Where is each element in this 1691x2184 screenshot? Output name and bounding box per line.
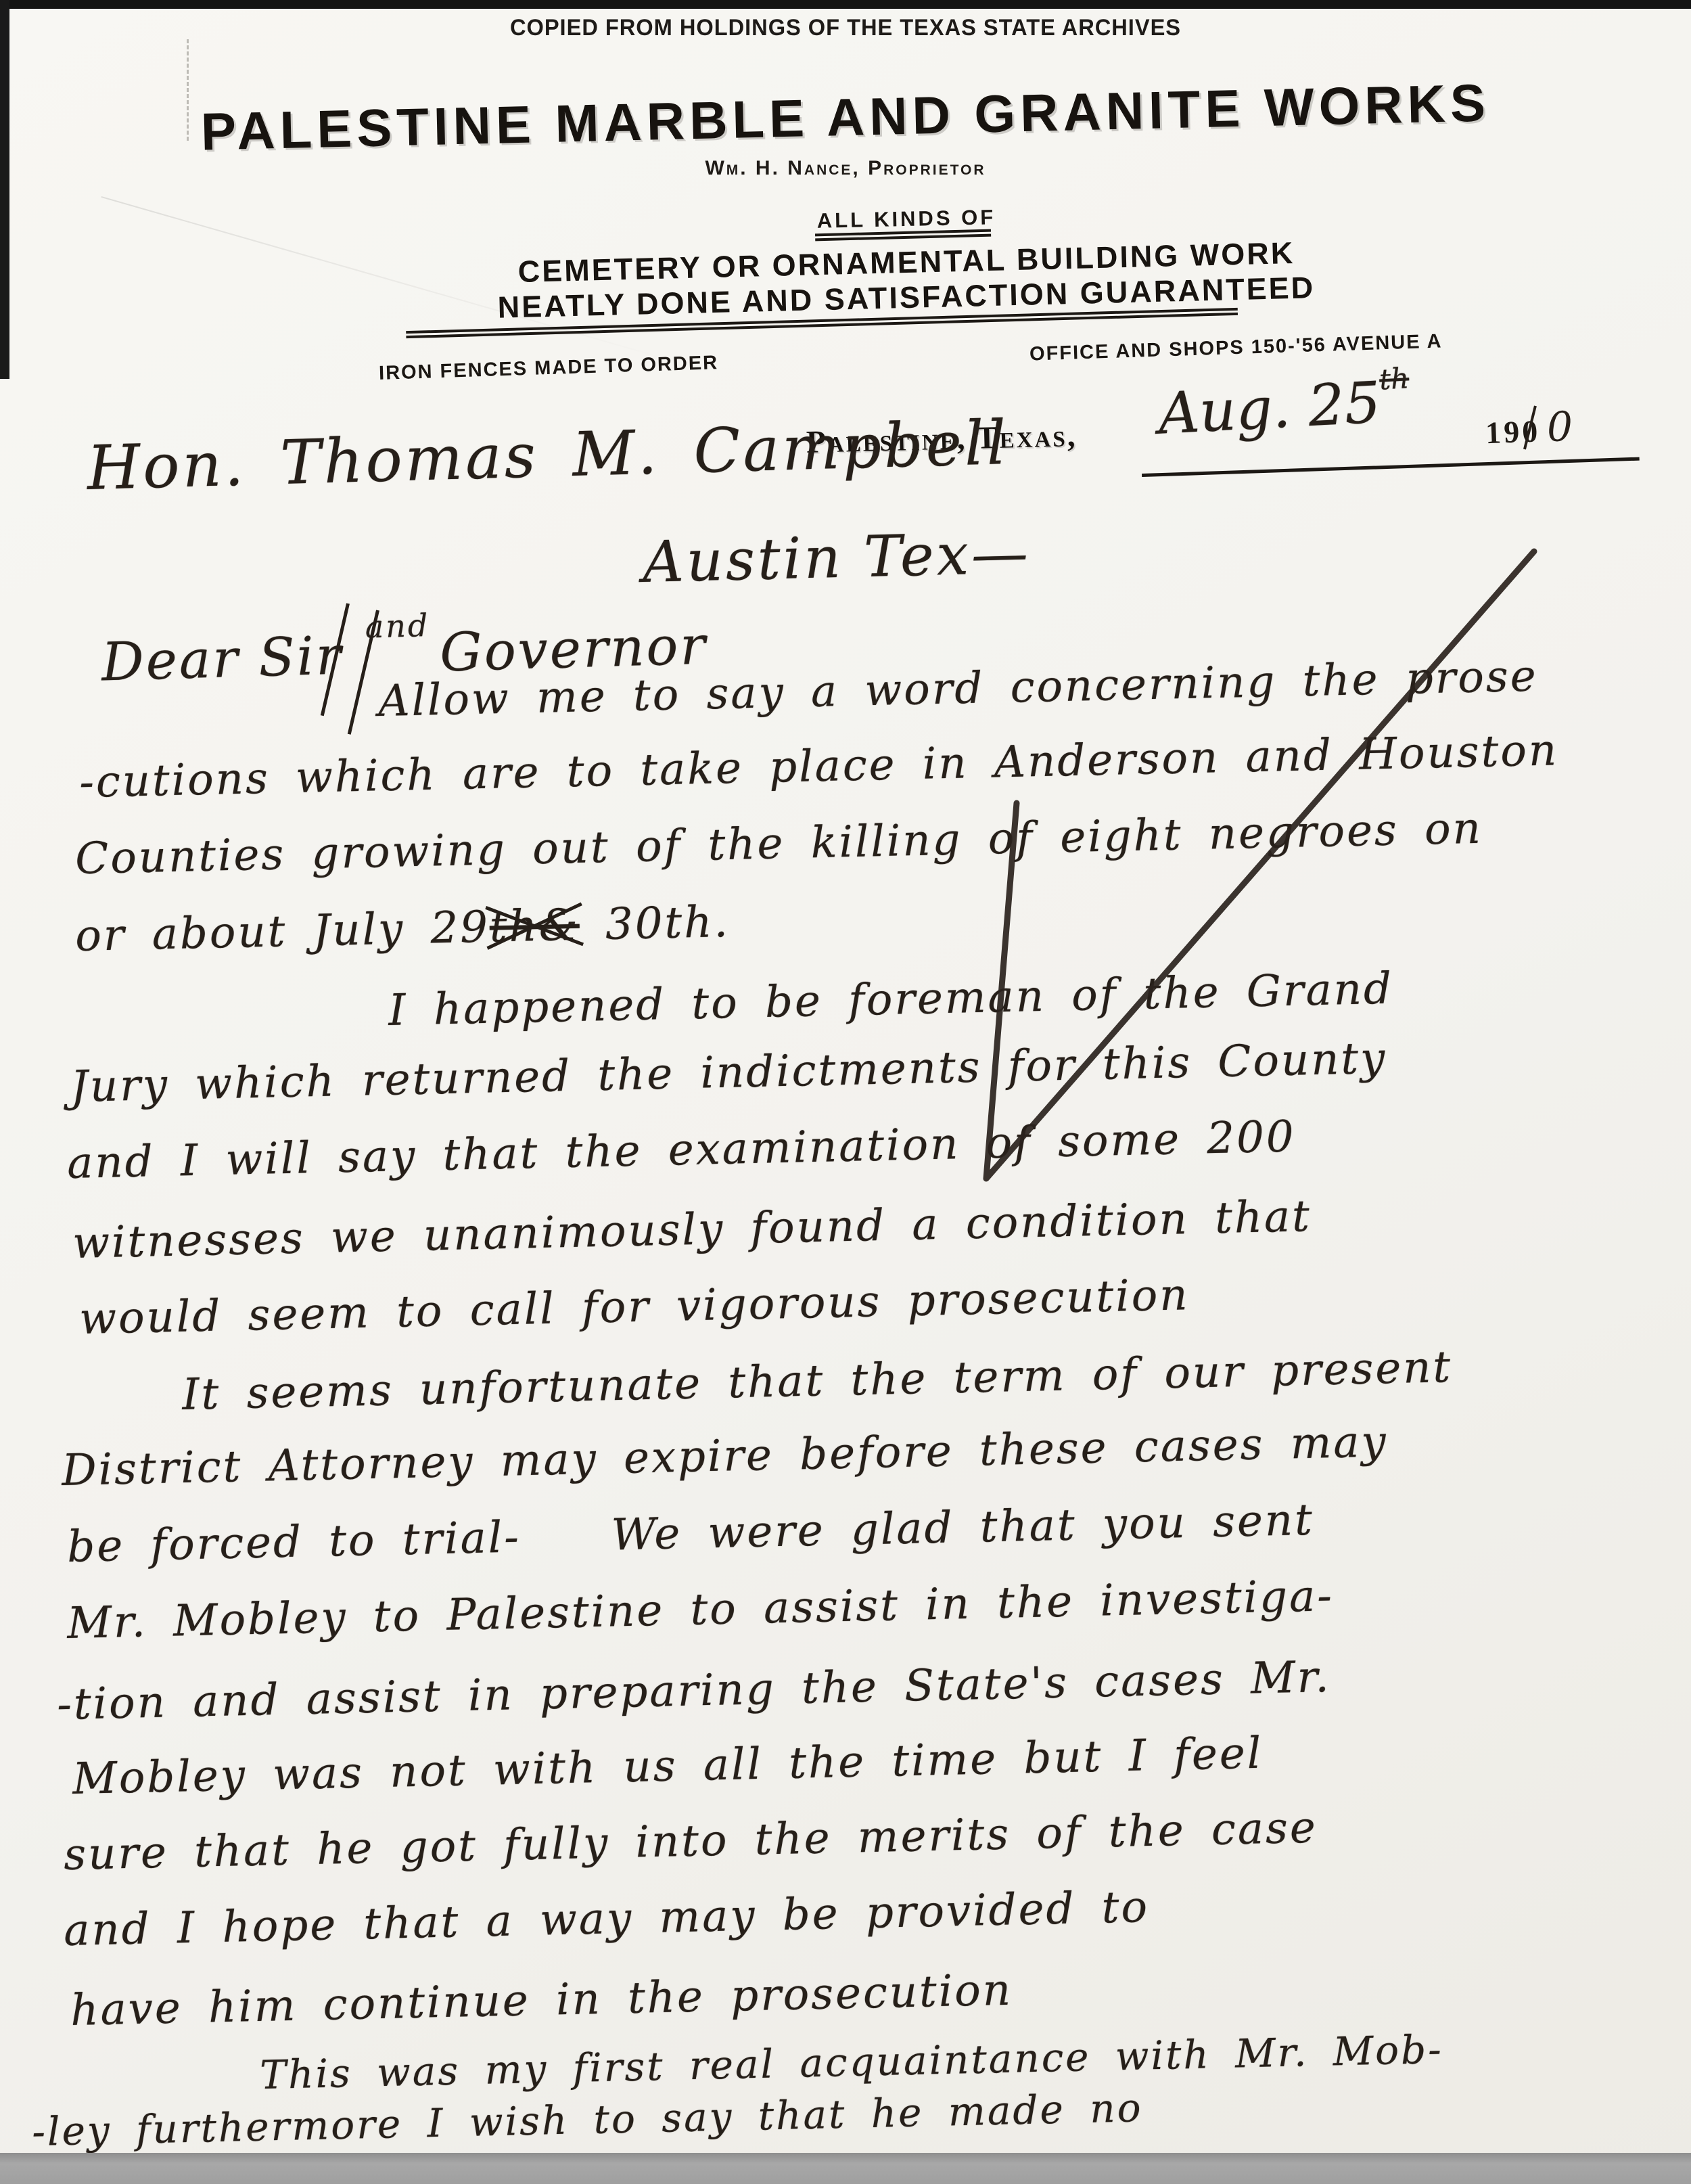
scanner-edge-bottom (0, 2153, 1691, 2184)
checkmark-ink-stroke (0, 0, 1691, 2184)
scanned-letter-page: COPIED FROM HOLDINGS OF THE TEXAS STATE … (0, 0, 1691, 2184)
